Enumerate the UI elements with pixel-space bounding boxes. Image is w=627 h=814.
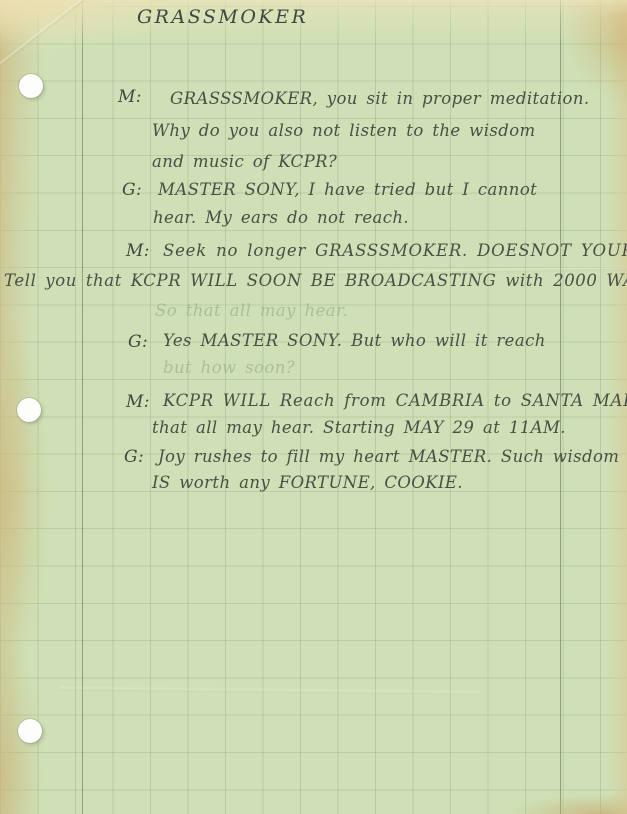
dialogue-line: KCPR WILL Reach from CAMBRIA to SANTA MA… bbox=[163, 392, 627, 410]
notebook-page: GRASSMOKER M: GRASSSMOKER, you sit in pr… bbox=[0, 0, 627, 814]
dialogue-line: Tell you that KCPR WILL SOON BE BROADCAS… bbox=[4, 272, 627, 290]
script-title: GRASSMOKER bbox=[137, 7, 308, 28]
speaker-label: M: bbox=[118, 88, 142, 107]
dialogue-line: Seek no longer GRASSSMOKER. DOESNOT YOUR… bbox=[163, 242, 627, 260]
erased-line: but how soon? bbox=[163, 359, 295, 377]
punch-hole bbox=[19, 74, 43, 98]
dialogue-line: hear. My ears do not reach. bbox=[153, 209, 409, 227]
dialogue-line: Joy rushes to fill my heart MASTER. Such… bbox=[158, 448, 619, 466]
punch-hole bbox=[18, 719, 42, 743]
dialogue-line: Yes MASTER SONY. But who will it reach bbox=[163, 332, 546, 350]
speaker-label: M: bbox=[126, 393, 150, 412]
speaker-label: G: bbox=[124, 448, 144, 467]
punch-hole bbox=[17, 398, 41, 422]
dialogue-line: MASTER SONY, I have tried but I cannot bbox=[158, 181, 537, 199]
speaker-label: M: bbox=[126, 242, 150, 261]
speaker-label: G: bbox=[122, 181, 142, 200]
speaker-label: G: bbox=[128, 333, 148, 352]
dialogue-line: IS worth any FORTUNE, COOKIE. bbox=[152, 474, 463, 492]
dialogue-line: GRASSSMOKER, you sit in proper meditatio… bbox=[170, 90, 590, 108]
dialogue-line: that all may hear. Starting MAY 29 at 11… bbox=[152, 419, 566, 437]
dialogue-line: and music of KCPR? bbox=[152, 153, 337, 171]
left-margin-line bbox=[82, 0, 83, 814]
dialogue-line: Why do you also not listen to the wisdom bbox=[152, 122, 536, 140]
erased-line: So that all may hear. bbox=[155, 302, 348, 320]
